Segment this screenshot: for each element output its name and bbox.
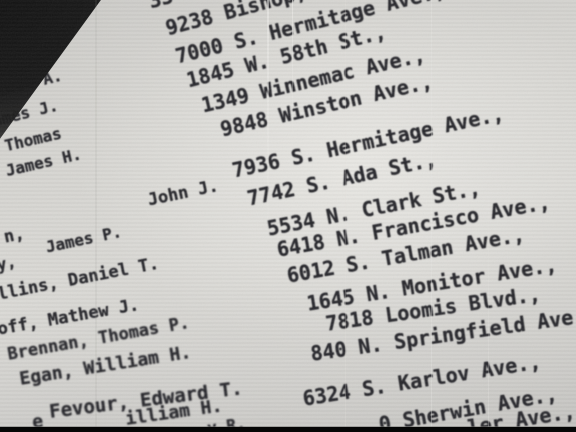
cut-name-fragment: n, — [2, 224, 26, 248]
name-text: John J. — [146, 176, 220, 210]
film-frame: ard W. 33 eph J. 9238 Bishop, thew A. 70… — [0, 0, 576, 432]
cut-name-fragment: y, — [0, 252, 18, 275]
film-edge-bar — [0, 427, 576, 432]
address-text: 33 — [146, 0, 175, 13]
name-text: James P. — [44, 222, 123, 257]
